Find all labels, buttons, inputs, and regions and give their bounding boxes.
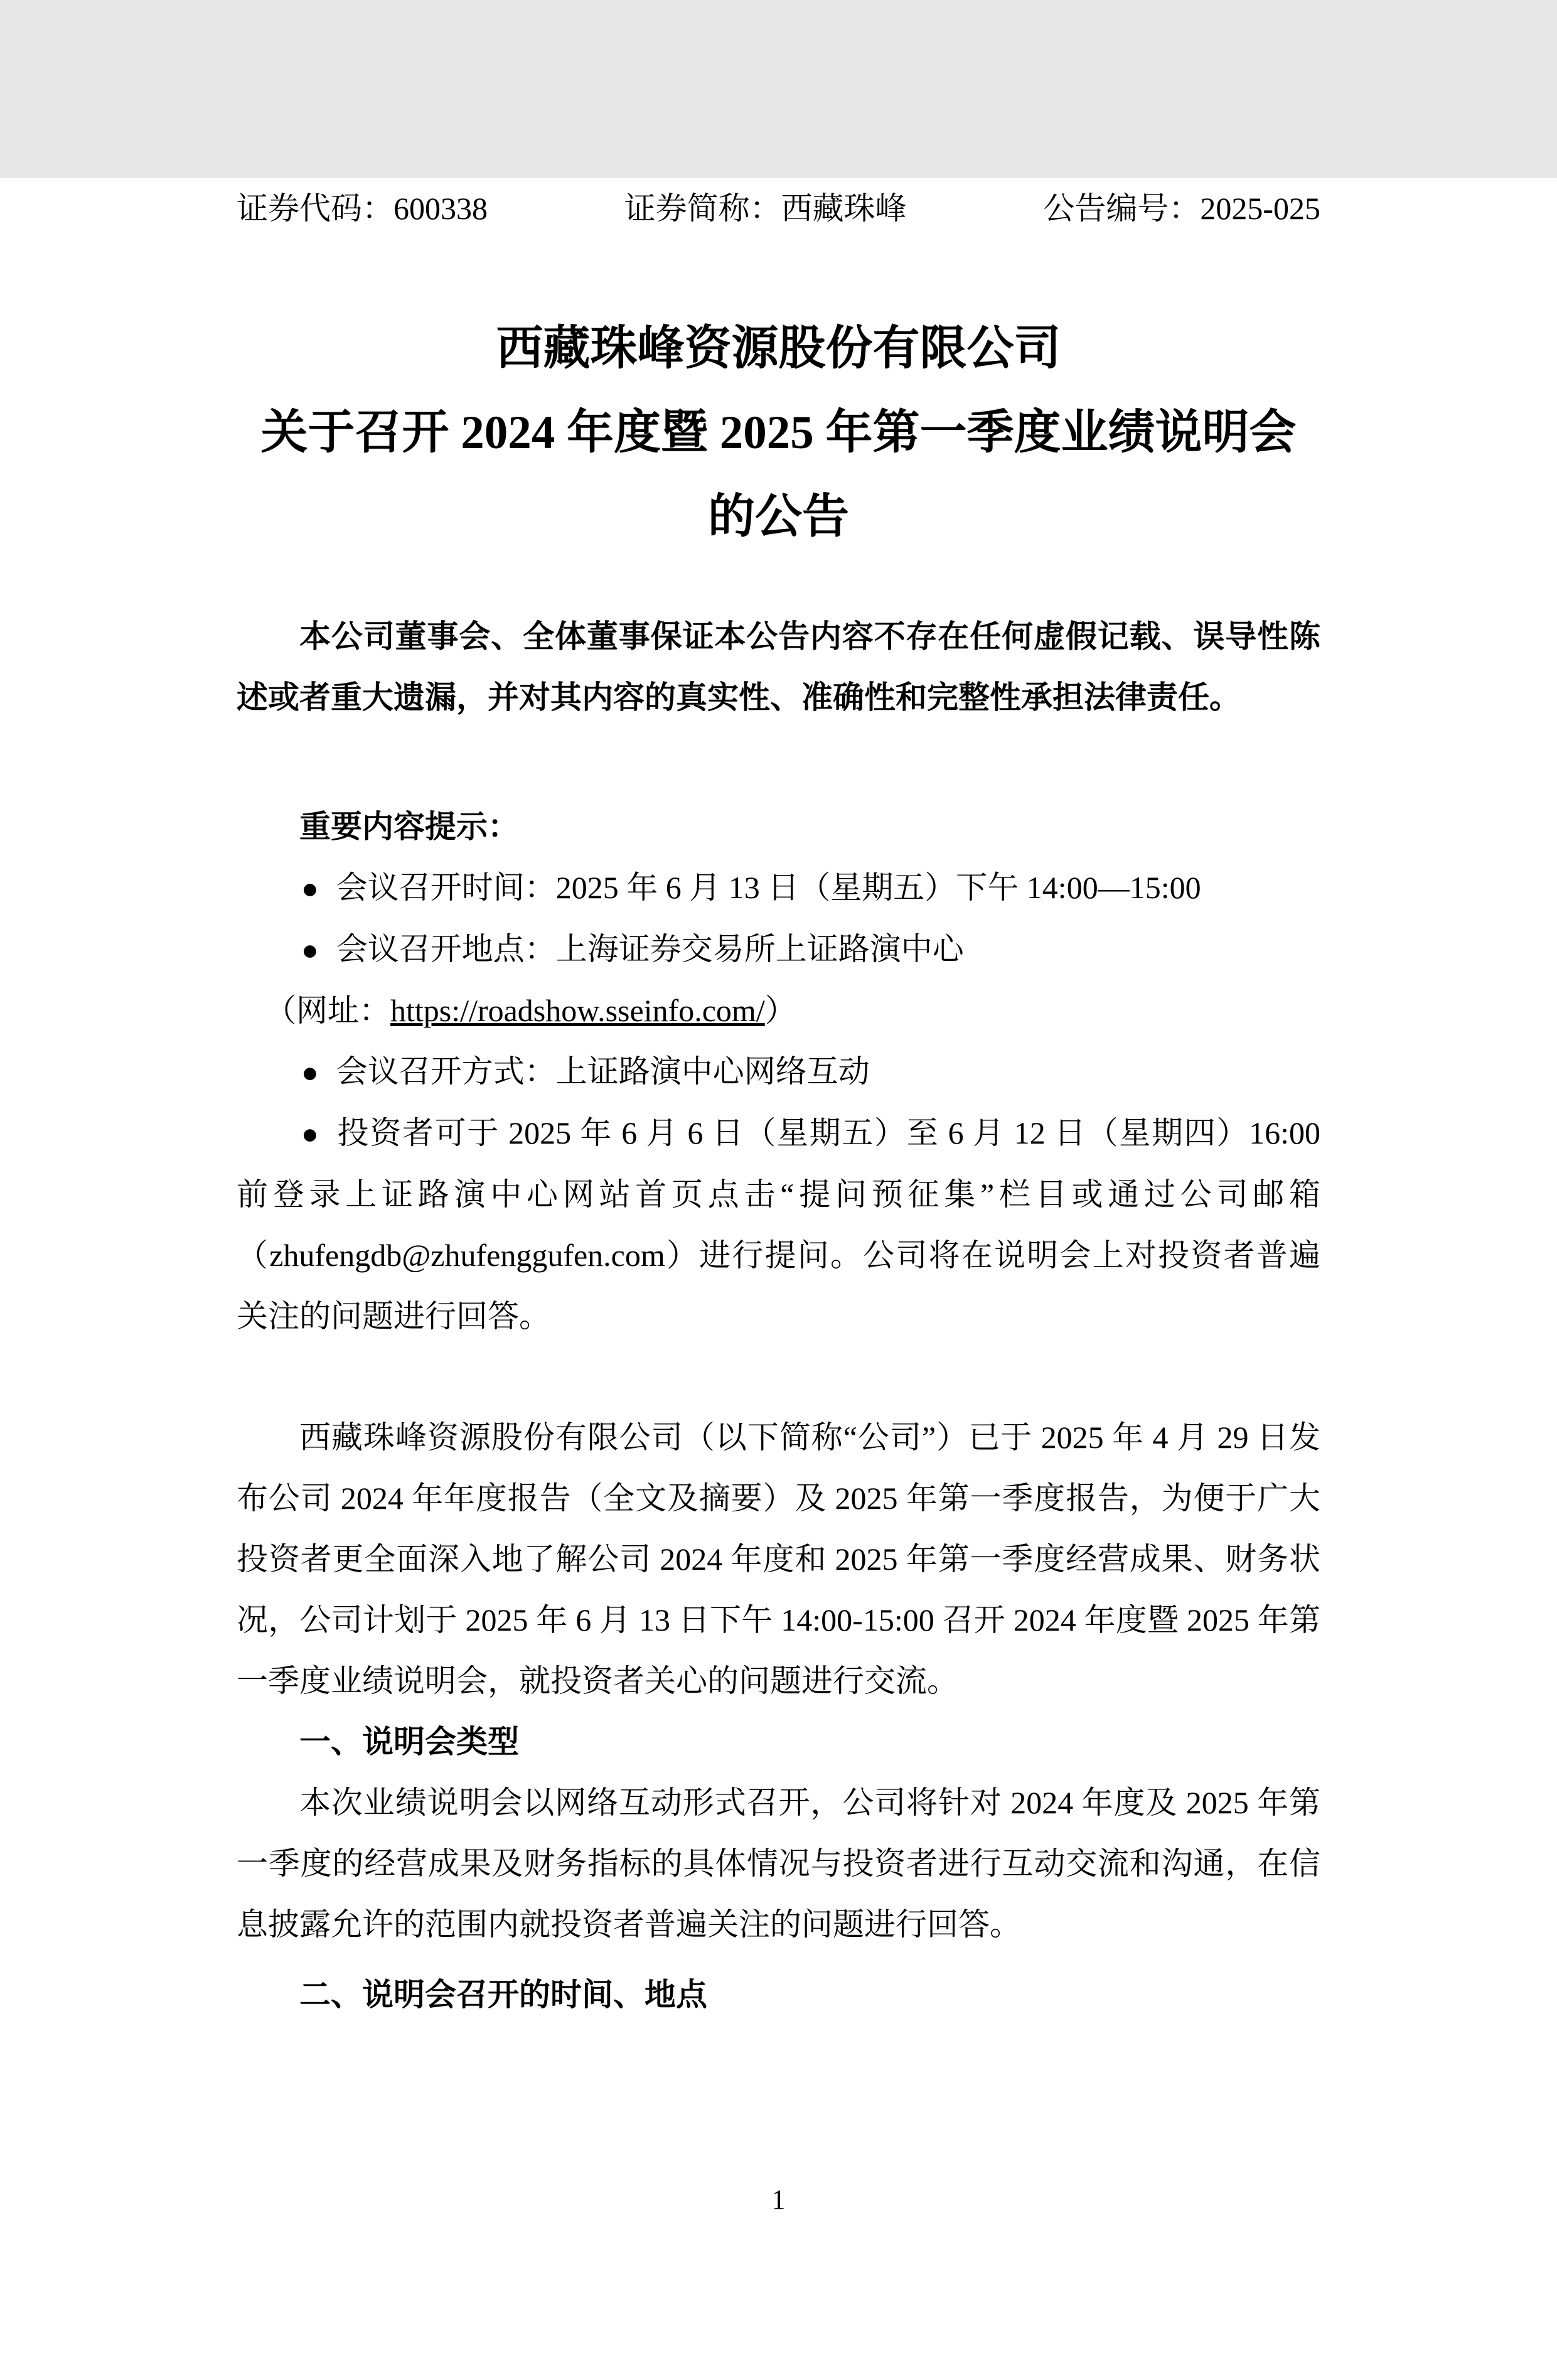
company-name: 西藏珠峰资源股份有限公司 [237,307,1320,391]
document-header: 证券代码：600338 证券简称：西藏珠峰 公告编号：2025-025 [237,178,1320,239]
paragraph-company-reports: 西藏珠峰资源股份有限公司（以下简称“公司”）已于 2025 年 4 月 29 日… [237,1407,1320,1712]
bullet-text-meeting-place: 会议召开地点：上海证券交易所上证路演中心 [336,931,964,967]
board-disclaimer: 本公司董事会、全体董事保证本公告内容不存在任何虚假记载、误导性陈述或者重大遗漏，… [237,606,1320,728]
url-prefix: （网址： [265,993,390,1028]
section-2-heading: 二、说明会召开的时间、地点 [237,1965,1320,2025]
section-1-heading: 一、说明会类型 [237,1712,1320,1772]
roadshow-url-line: （网址：https://roadshow.sseinfo.com/） [237,980,1320,1041]
roadshow-link[interactable]: https://roadshow.sseinfo.com/ [390,993,765,1028]
bullet-icon: ● [301,919,319,980]
notice-heading: 重要内容提示： [237,796,1320,857]
stock-name: 证券简称：西藏珠峰 [624,178,907,239]
title-line-2: 关于召开 2024 年度暨 2025 年第一季度业绩说明会 [237,391,1320,475]
bullet-icon: ● [301,1103,319,1164]
bullet-text-investor-questions: 投资者可于 2025 年 6 月 6 日（星期五）至 6 月 12 日（星期四）… [237,1115,1320,1334]
bullet-item-investor-questions: ●投资者可于 2025 年 6 月 6 日（星期五）至 6 月 12 日（星期四… [237,1103,1320,1347]
bullet-item-meeting-method: ●会议召开方式：上证路演中心网络互动 [237,1041,1320,1103]
bullet-item-meeting-time: ●会议召开时间：2025 年 6 月 13 日（星期五）下午 14:00—15:… [237,857,1320,919]
bullet-icon: ● [301,1042,319,1103]
section-1-paragraph: 本次业绩说明会以网络互动形式召开，公司将针对 2024 年度及 2025 年第一… [237,1772,1320,1955]
title-line-3: 的公告 [237,475,1320,559]
bullet-icon: ● [301,858,319,919]
announcement-number: 公告编号：2025-025 [1043,178,1320,239]
document-title: 西藏珠峰资源股份有限公司 关于召开 2024 年度暨 2025 年第一季度业绩说… [237,307,1320,559]
bullet-item-meeting-place: ●会议召开地点：上海证券交易所上证路演中心 [237,919,1320,980]
page-number: 1 [0,2184,1557,2216]
bullet-text-meeting-time: 会议召开时间：2025 年 6 月 13 日（星期五）下午 14:00—15:0… [336,870,1201,905]
bullet-text-meeting-method: 会议召开方式：上证路演中心网络互动 [336,1054,870,1089]
document-page: 证券代码：600338 证券简称：西藏珠峰 公告编号：2025-025 西藏珠峰… [0,178,1557,2380]
url-suffix: ） [765,993,796,1028]
stock-code: 证券代码：600338 [237,178,488,239]
